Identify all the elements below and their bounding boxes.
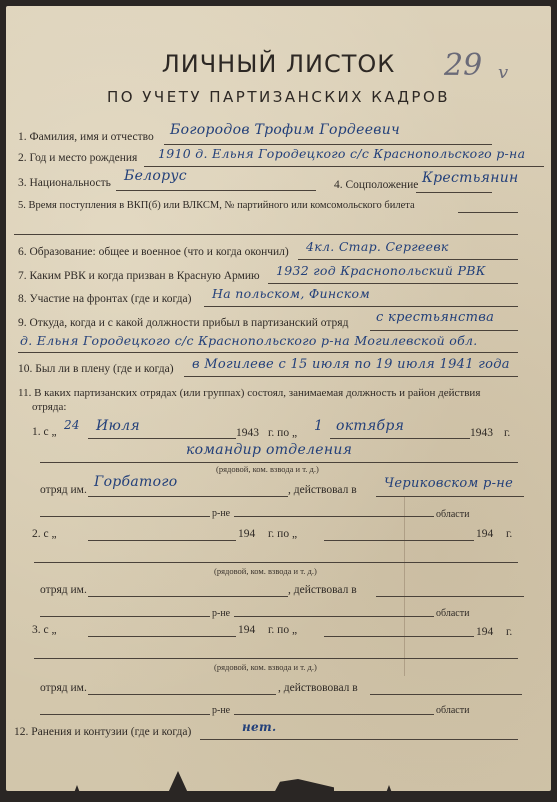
entry-1-to-prefix: г. по „ (268, 427, 297, 439)
field-9-label: 9. Откуда, когда и с какой должности при… (18, 317, 348, 329)
entry-3-from-year: 194 (238, 624, 255, 636)
field-9-line-2 (18, 352, 518, 353)
field-8-line (204, 306, 518, 307)
field-2-line (144, 166, 544, 167)
entry-1-position-line (40, 462, 518, 463)
field-10-label: 10. Был ли в плену (где и когда) (18, 363, 174, 375)
entry-2-acted-label: , действовал в (288, 584, 357, 596)
field-6-line (298, 259, 518, 260)
entry-1-acted-label: , действовал в (288, 484, 357, 496)
field-8-value: На польском, Финском (212, 286, 370, 301)
field-12-line (200, 739, 518, 740)
field-12-value: нет. (242, 720, 276, 734)
field-4-label: 4. Соцположение (334, 179, 418, 191)
field-7-label: 7. Каким РВК и когда призван в Красную А… (18, 270, 260, 282)
entry-1-to-day: 1 (314, 418, 323, 434)
entry-3-acted-label: , действововал в (278, 682, 358, 694)
entry-1-num: 1. с „ (32, 426, 57, 438)
entry-2-unit-label: отряд им. (40, 584, 87, 596)
entry-2-oblast-label: области (436, 608, 469, 619)
entry-2-district-line (376, 596, 524, 597)
entry-2-to-prefix: г. по „ (268, 528, 297, 540)
entry-2-unit-line (88, 596, 288, 597)
field-12-label: 12. Ранения и контузии (где и когда) (14, 726, 191, 738)
entry-3-position-hint: (рядовой, ком. взвода и т. д.) (214, 662, 317, 672)
entry-3-unit-line (88, 694, 276, 695)
entry-3-oblast-line (234, 714, 434, 715)
entry-2-rne-line (40, 616, 210, 617)
entry-2-num: 2. с „ (32, 528, 57, 540)
paper-tear (274, 779, 334, 793)
entry-2-position-line (34, 562, 518, 563)
entry-3-to-line (324, 636, 474, 637)
field-9-value-2: д. Ельня Городецкого с/с Краснопольского… (20, 333, 478, 348)
entry-3-position-line (34, 658, 518, 659)
field-4-value: Крестьянин (422, 170, 519, 186)
entry-3-to-year: 194 (476, 626, 493, 638)
entry-3-to-prefix: г. по „ (268, 624, 297, 636)
entry-1-from-line (88, 438, 236, 439)
field-6-label: 6. Образование: общее и военное (что и к… (18, 246, 289, 258)
field-5-line (458, 212, 518, 213)
entry-1-year-suffix: г. (504, 427, 510, 439)
entry-2-oblast-line (234, 616, 434, 617)
entry-2-to-line (324, 540, 474, 541)
fold-crease (404, 496, 405, 676)
field-5-label: 5. Время поступления в ВКП(б) или ВЛКСМ,… (18, 200, 415, 211)
field-11-label-2: отряда: (32, 401, 66, 413)
entry-1-unit-line (88, 496, 288, 497)
entry-3-year-suffix: г. (506, 626, 512, 638)
entry-3-oblast-label: области (436, 705, 469, 716)
entry-2-from-year: 194 (238, 528, 255, 540)
entry-1-oblast-line (234, 516, 434, 517)
entry-2-position-hint: (рядовой, ком. взвода и т. д.) (214, 566, 317, 576)
entry-2-to-year: 194 (476, 528, 493, 540)
field-2-value: 1910 д. Ельня Городецкого с/с Краснополь… (158, 146, 525, 161)
field-10-value: в Могилеве с 15 июля по 19 июля 1941 год… (192, 357, 510, 372)
field-3-label: 3. Национальность (18, 177, 111, 189)
field-3-value: Белорус (124, 168, 187, 184)
field-9-value-1: с крестьянства (376, 310, 494, 325)
entry-1-position: командир отделения (186, 442, 352, 458)
entry-1-unit-label: отряд им. (40, 484, 87, 496)
entry-1-rne-line (40, 516, 210, 517)
paper-tear (386, 785, 392, 793)
archive-number: 29 (444, 48, 482, 83)
entry-1-to-month: октября (336, 418, 404, 434)
entry-2-from-line (88, 540, 236, 541)
field-7-line (268, 283, 518, 284)
entry-3-num: 3. с „ (32, 624, 57, 636)
entry-1-district-line (376, 496, 524, 497)
form-subtitle: ПО УЧЕТУ ПАРТИЗАНСКИХ КАДРОВ (6, 88, 551, 106)
field-10-line (184, 376, 518, 377)
field-2-label: 2. Год и место рождения (18, 152, 137, 164)
entry-3-district-line (370, 694, 522, 695)
field-1-line (164, 144, 492, 145)
entry-3-rne-line (40, 714, 210, 715)
entry-1-unit: Горбатого (94, 474, 177, 490)
paper-tear (74, 785, 80, 793)
field-7-value: 1932 год Краснопольский РВК (276, 263, 486, 278)
entry-1-district: Чериковском р-не (384, 476, 513, 491)
entry-2-year-suffix: г. (506, 528, 512, 540)
field-1-label: 1. Фамилия, имя и отчество (18, 131, 154, 143)
field-6-value: 4кл. Стар. Сергеевк (306, 239, 449, 254)
field-3-line (116, 190, 316, 191)
entry-3-from-line (88, 636, 236, 637)
entry-1-from-year: 1943 (236, 427, 259, 439)
archive-mark: v (498, 62, 508, 83)
entry-2-rne-label: р-не (212, 608, 230, 619)
paper-tear (168, 771, 188, 793)
entry-3-unit-label: отряд им. (40, 682, 87, 694)
field-5-line-2 (14, 234, 518, 235)
field-9-line (370, 330, 518, 331)
entry-1-to-year: 1943 (470, 427, 493, 439)
entry-1-rne-label: р-не (212, 508, 230, 519)
field-4-line (416, 192, 492, 193)
field-11-label: 11. В каких партизанских отрядах (или гр… (18, 387, 480, 399)
entry-3-rne-label: р-не (212, 705, 230, 716)
entry-1-oblast-label: области (436, 509, 469, 520)
entry-1-to-line (330, 438, 470, 439)
entry-1-from-month: Июля (96, 418, 140, 434)
field-8-label: 8. Участие на фронтах (где и когда) (18, 293, 191, 305)
entry-1-position-hint: (рядовой, ком. взвода и т. д.) (216, 464, 319, 474)
entry-1-from-day: 24 (64, 418, 80, 432)
field-1-value: Богородов Трофим Гордеевич (170, 122, 400, 138)
document-sheet: ЛИЧНЫЙ ЛИСТОК ПО УЧЕТУ ПАРТИЗАНСКИХ КАДР… (6, 6, 551, 791)
